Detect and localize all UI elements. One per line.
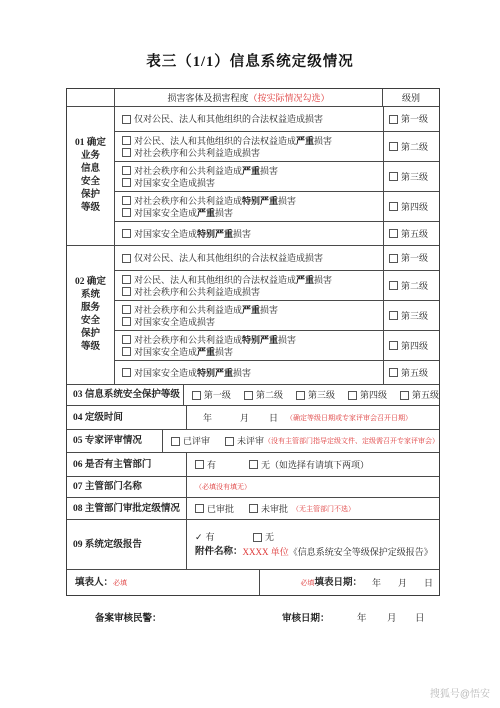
checkbox-icon[interactable] [296, 391, 305, 400]
filler-label: 填表人： [75, 577, 113, 589]
level-label: 第一级 [401, 252, 428, 264]
not-reviewed-option: 未评审 [237, 435, 264, 447]
classification-table: 损害客体及损害程度（按实际情况勾选） 级别 01 确定 业务 信息 安全 保护 … [66, 88, 440, 596]
checkbox-icon[interactable] [389, 341, 398, 350]
option-text: 损害 [278, 195, 296, 207]
table-row: 仅对公民、法人和其他组织的合法权益造成损害 第一级 [115, 246, 439, 270]
option-text: 对国家安全造成 [134, 346, 197, 358]
checkbox-icon[interactable] [348, 391, 357, 400]
row-04-label: 04 定级时间 [67, 406, 187, 429]
option-text: 对社会秩序和公共利益造成 [134, 286, 242, 298]
table-row: 对社会秩序和公共利益造成严重损害 对国家安全造成损害 第三级 [115, 300, 439, 330]
level-label: 第五级 [401, 367, 428, 379]
approved-option: 已审批 [207, 503, 234, 515]
option-text: 损害 [305, 252, 323, 264]
level-label: 第一级 [401, 113, 428, 125]
row-06-label: 06 是否有主管部门 [67, 453, 187, 476]
table-row: 对社会秩序和公共利益造成特别严重损害 对国家安全造成严重损害 第四级 [115, 330, 439, 360]
watermark: 搜狐号@悟安 [430, 685, 490, 700]
row-08-note: （无主管部门不选） [292, 503, 355, 515]
checkbox-icon[interactable] [122, 229, 131, 238]
checkbox-icon[interactable] [122, 317, 131, 326]
option-bold: 特别严重 [197, 367, 233, 379]
option-text: 损害 [314, 274, 332, 286]
row-04-note: （确定等级日期或专家评审会召开日期） [286, 412, 412, 424]
checkbox-icon[interactable] [122, 166, 131, 175]
option-text: 对社会秩序和公共利益造成 [134, 147, 242, 159]
checkbox-icon[interactable] [122, 347, 131, 356]
month-label: 月 [387, 610, 397, 624]
option-text: 损害 [233, 367, 251, 379]
option-text: 损害 [260, 304, 278, 316]
checkbox-icon[interactable] [122, 275, 131, 284]
checkbox-icon[interactable] [122, 305, 131, 314]
checkbox-icon[interactable] [389, 311, 398, 320]
row-03-label: 03 信息系统安全保护等级 [67, 385, 184, 405]
table-header-row: 损害客体及损害程度（按实际情况勾选） 级别 [67, 89, 439, 106]
level-option: 第一级 [204, 389, 231, 401]
checkbox-icon[interactable] [122, 254, 131, 263]
check-icon: ✓ [195, 531, 203, 543]
level-header-label: 级别 [402, 92, 420, 104]
option-text: 对公民、法人和其他组织的合法权益造成 [134, 274, 296, 286]
section-02: 02 确定 系统 服务 安全 保护 等级 仅对公民、法人和其他组织的合法权益造成… [67, 245, 439, 384]
option-text: 损害 [215, 207, 233, 219]
checkbox-icon[interactable] [171, 437, 180, 446]
checkbox-icon[interactable] [389, 142, 398, 151]
level-option: 第五级 [412, 389, 439, 401]
option-bold: 严重 [296, 135, 314, 147]
option-bold: 特别严重 [197, 228, 233, 240]
level-option: 第二级 [256, 389, 283, 401]
attachment-unit: XXXX 单位 [243, 546, 289, 558]
section-01-label: 01 确定 业务 信息 安全 保护 等级 [67, 107, 115, 245]
option-text: 对社会秩序和公共利益造成 [134, 165, 242, 177]
report-yes-option: 有 [206, 531, 215, 543]
option-bold: 严重 [197, 207, 215, 219]
year-label: 年 [203, 412, 212, 424]
option-text: 对国家安全造成 [134, 228, 197, 240]
option-text: 损害 [197, 316, 215, 328]
checkbox-icon[interactable] [122, 136, 131, 145]
checkbox-icon[interactable] [122, 148, 131, 157]
option-bold: 严重 [242, 304, 260, 316]
option-bold: 严重 [197, 346, 215, 358]
not-approved-option: 未审批 [261, 503, 288, 515]
option-bold: 严重 [242, 165, 260, 177]
checkbox-icon[interactable] [389, 229, 398, 238]
date-required-note: 必填 [300, 577, 314, 589]
row-04: 04 定级时间 年 月 日 （确定等级日期或专家评审会召开日期） [67, 405, 439, 429]
option-text: 仅对公民、法人和其他组织的合法权益造成 [134, 113, 305, 125]
checkbox-icon[interactable] [249, 504, 258, 513]
checkbox-icon[interactable] [192, 391, 201, 400]
table-row: 对公民、法人和其他组织的合法权益造成严重损害 对社会秩序和公共利益造成损害 第二… [115, 270, 439, 300]
checkbox-icon[interactable] [195, 460, 204, 469]
level-label: 第五级 [401, 228, 428, 240]
checkbox-icon[interactable] [389, 368, 398, 377]
option-text: 损害 [260, 165, 278, 177]
row-08-label: 08 主管部门审批定级情况 [67, 498, 187, 519]
table-row: 对社会秩序和公共利益造成特别严重损害 对国家安全造成严重损害 第四级 [115, 191, 439, 221]
checkbox-icon[interactable] [389, 115, 398, 124]
day-label: 日 [424, 577, 433, 589]
month-label: 月 [398, 577, 407, 589]
footer-row: 填表人： 必填 必填 填表日期： 年 月 日 [67, 569, 439, 595]
option-text: 对国家安全造成 [134, 316, 197, 328]
level-option: 第三级 [308, 389, 335, 401]
option-bold: 严重 [296, 274, 314, 286]
level-label: 第二级 [401, 280, 428, 292]
row-06: 06 是否有主管部门 有 无（如选择有请填下两项） [67, 452, 439, 476]
table-row: 对国家安全造成特别严重损害 第五级 [115, 221, 439, 245]
option-text: 损害 [197, 177, 215, 189]
damage-header-cell: 损害客体及损害程度（按实际情况勾选） [115, 89, 382, 106]
year-label: 年 [372, 577, 381, 589]
day-label: 日 [415, 610, 425, 624]
checkbox-icon[interactable] [122, 208, 131, 217]
option-text: 对社会秩序和公共利益造成 [134, 195, 242, 207]
level-label: 第二级 [401, 141, 428, 153]
option-text: 对国家安全造成 [134, 367, 197, 379]
damage-header-note: （按实际情况勾选） [249, 92, 330, 104]
checkbox-icon[interactable] [122, 178, 131, 187]
section-01: 01 确定 业务 信息 安全 保护 等级 仅对公民、法人和其他组织的合法权益造成… [67, 106, 439, 245]
report-no-option: 无 [265, 531, 274, 543]
page-title: 表三（1/1）信息系统定级情况 [0, 50, 500, 71]
option-text: 损害 [305, 113, 323, 125]
level-label: 第四级 [401, 201, 428, 213]
option-text: 损害 [242, 147, 260, 159]
checkbox-icon[interactable] [389, 172, 398, 181]
checkbox-icon[interactable] [122, 335, 131, 344]
checkbox-icon[interactable] [122, 368, 131, 377]
option-text: 对社会秩序和公共利益造成 [134, 304, 242, 316]
checkbox-icon[interactable] [249, 460, 258, 469]
option-text: 损害 [215, 346, 233, 358]
option-bold: 特别严重 [242, 195, 278, 207]
level-label: 第三级 [401, 171, 428, 183]
option-text: 对国家安全造成 [134, 177, 197, 189]
checkbox-icon[interactable] [253, 533, 262, 542]
table-row: 仅对公民、法人和其他组织的合法权益造成损害 第一级 [115, 107, 439, 131]
option-text: 损害 [233, 228, 251, 240]
day-label: 日 [269, 412, 278, 424]
filler-required-note: 必填 [113, 577, 127, 589]
row-05-label: 05 专家评审情况 [67, 430, 163, 452]
level-label: 第四级 [401, 340, 428, 352]
option-text: 对国家安全造成 [134, 207, 197, 219]
attachment-title: 《信息系统安全等级保护定级报告》 [289, 546, 433, 558]
row-08: 08 主管部门审批定级情况 已审批 未审批 （无主管部门不选） [67, 497, 439, 519]
year-label: 年 [357, 610, 367, 624]
review-police-label: 备案审核民警： [95, 610, 162, 624]
row-03: 03 信息系统安全保护等级 第一级 第二级 第三级 第四级 第五级 [67, 384, 439, 405]
row-07-note: （必填没有填无） [195, 481, 251, 493]
checkbox-icon[interactable] [389, 202, 398, 211]
checkbox-icon[interactable] [122, 287, 131, 296]
row-09: 09 系统定级报告 ✓有 无 附件名称：XXXX 单位《信息系统安全等级保护定级… [67, 519, 439, 569]
option-text: 仅对公民、法人和其他组织的合法权益造成 [134, 252, 305, 264]
review-date-label: 审核日期： [282, 610, 330, 624]
fill-date-label: 填表日期： [314, 577, 362, 589]
option-text: 对社会秩序和公共利益造成 [134, 334, 242, 346]
checkbox-icon[interactable] [195, 504, 204, 513]
header-empty-cell [67, 89, 115, 106]
option-bold: 特别严重 [242, 334, 278, 346]
checkbox-icon[interactable] [225, 437, 234, 446]
attachment-label: 附件名称： [195, 546, 243, 558]
no-dept-option: 无（如选择有请填下两项） [261, 459, 369, 471]
row-07-label: 07 主管部门名称 [67, 477, 187, 497]
level-option: 第四级 [360, 389, 387, 401]
checkbox-icon[interactable] [389, 254, 398, 263]
table-row: 对公民、法人和其他组织的合法权益造成严重损害 对社会秩序和公共利益造成损害 第二… [115, 131, 439, 161]
row-05-note: （没有主管部门指导定级文件、定级需召开专家评审会） [264, 435, 439, 447]
table-row: 对社会秩序和公共利益造成严重损害 对国家安全造成损害 第三级 [115, 161, 439, 191]
level-label: 第三级 [401, 310, 428, 322]
checkbox-icon[interactable] [122, 196, 131, 205]
option-text: 损害 [242, 286, 260, 298]
checkbox-icon[interactable] [389, 281, 398, 290]
has-dept-option: 有 [207, 459, 216, 471]
option-text: 损害 [278, 334, 296, 346]
checkbox-icon[interactable] [244, 391, 253, 400]
checkbox-icon[interactable] [400, 391, 409, 400]
option-text: 对公民、法人和其他组织的合法权益造成 [134, 135, 296, 147]
level-header-cell: 级别 [382, 89, 439, 106]
option-text: 损害 [314, 135, 332, 147]
month-label: 月 [240, 412, 249, 424]
section-02-label: 02 确定 系统 服务 安全 保护 等级 [67, 246, 115, 384]
checkbox-icon[interactable] [122, 115, 131, 124]
reviewed-option: 已评审 [183, 435, 210, 447]
damage-header-label: 损害客体及损害程度 [167, 92, 248, 104]
row-09-label: 09 系统定级报告 [67, 520, 187, 569]
row-07: 07 主管部门名称 （必填没有填无） [67, 476, 439, 497]
row-05: 05 专家评审情况 已评审 未评审 （没有主管部门指导定级文件、定级需召开专家评… [67, 429, 439, 452]
table-row: 对国家安全造成特别严重损害 第五级 [115, 360, 439, 384]
